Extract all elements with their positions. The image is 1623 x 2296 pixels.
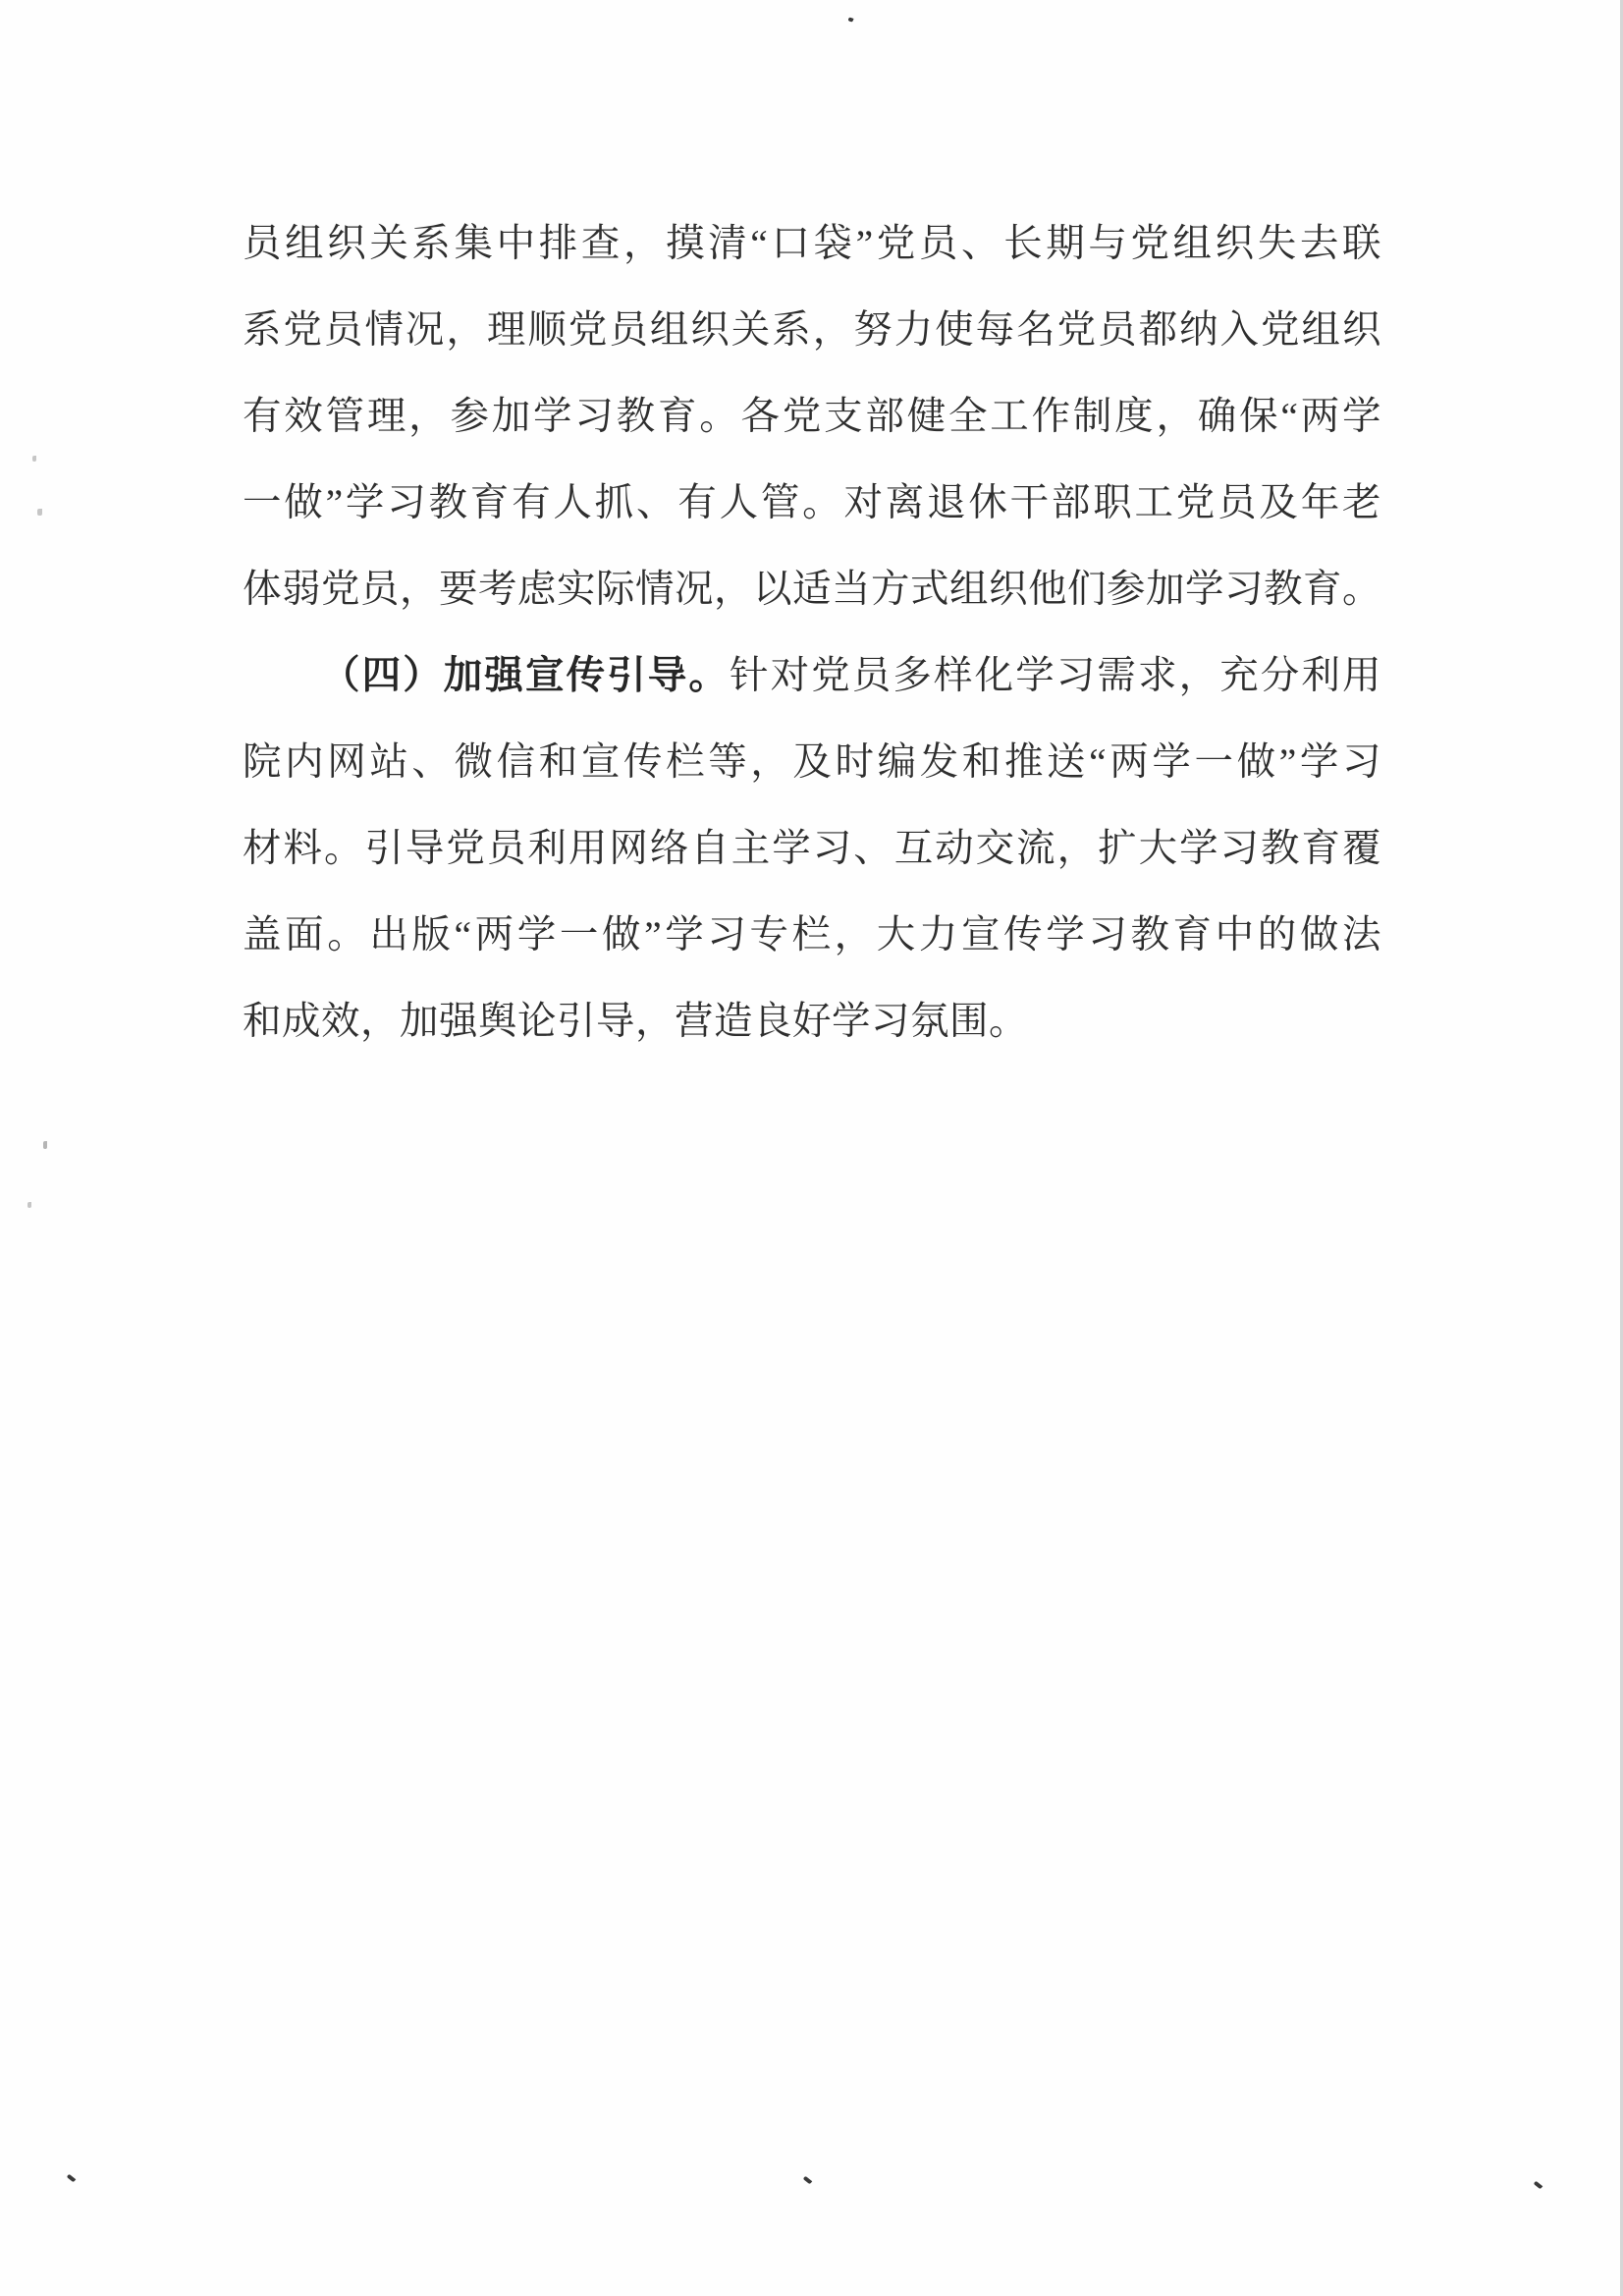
scan-speck xyxy=(67,2174,77,2183)
paragraph-line: （四）加强宣传引导。针对党员多样化学习需求，充分利用 xyxy=(243,632,1381,719)
paragraph-line: 一做”学习教育有人抓、有人管。对离退休干部职工党员及年老 xyxy=(243,460,1381,546)
paragraph-line: 院内网站、微信和宣传栏等，及时编发和推送“两学一做”学习 xyxy=(243,719,1381,805)
scanned-document-page: 员组织关系集中排查，摸清“口袋”党员、长期与党组织失去联 系党员情况，理顺党员组… xyxy=(0,0,1623,2296)
paragraph-text: 针对党员多样化学习需求，充分利用 xyxy=(730,654,1381,697)
paragraph-line: 员组织关系集中排查，摸清“口袋”党员、长期与党组织失去联 xyxy=(243,200,1381,287)
scan-speck xyxy=(803,2176,813,2185)
paragraph-line: 材料。引导党员利用网络自主学习、互动交流，扩大学习教育覆 xyxy=(243,805,1381,892)
paragraph-line: 盖面。出版“两学一做”学习专栏，大力宣传学习教育中的做法 xyxy=(243,892,1381,978)
paragraph-line: 有效管理，参加学习教育。各党支部健全工作制度，确保“两学 xyxy=(243,373,1381,460)
document-text-block: 员组织关系集中排查，摸清“口袋”党员、长期与党组织失去联 系党员情况，理顺党员组… xyxy=(243,200,1381,1065)
paragraph-line: 系党员情况，理顺党员组织关系，努力使每名党员都纳入党组织 xyxy=(243,287,1381,373)
scan-speck xyxy=(847,17,853,22)
paragraph-line: 体弱党员，要考虑实际情况，以适当方式组织他们参加学习教育。 xyxy=(243,546,1381,632)
scan-speck xyxy=(27,1202,31,1208)
scan-speck xyxy=(43,1141,47,1149)
scan-speck xyxy=(37,509,42,516)
section-heading: （四）加强宣传引导。 xyxy=(321,654,730,697)
scan-speck xyxy=(1534,2181,1543,2190)
scan-speck xyxy=(32,456,36,462)
paragraph-line: 和成效，加强舆论引导，营造良好学习氛围。 xyxy=(243,978,1381,1065)
